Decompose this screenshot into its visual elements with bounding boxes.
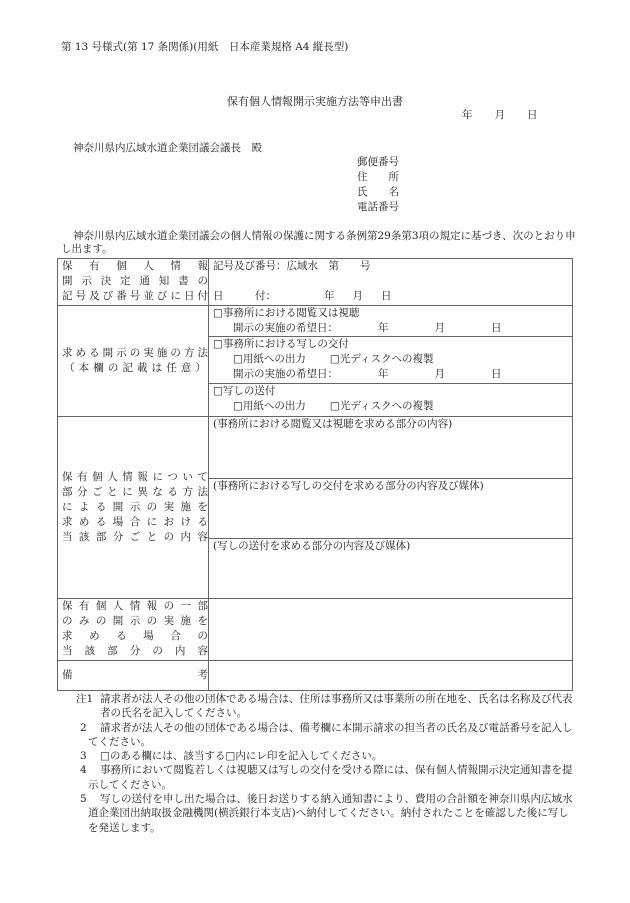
checkbox-send-paper-output[interactable]: □用紙への出力	[233, 400, 306, 412]
name-label: 氏 名	[357, 185, 399, 199]
row-remarks: 備考	[58, 661, 573, 691]
field-inspection-part[interactable]: (事務所における閲覧又は視聴を求める部分の内容)	[209, 417, 573, 479]
field-copy-part[interactable]: (事務所における写しの交付を求める部分の内容及び媒体)	[209, 479, 573, 539]
date-year: 年	[462, 108, 473, 122]
label-remarks: 備考	[58, 661, 209, 691]
field-send-part[interactable]: (写しの送付を求める部分の内容及び媒体)	[209, 539, 573, 599]
row-partial-method-1: 保有個人情報について 部分ごとに異なる方法 による開示の実施を 求める場合におけ…	[58, 417, 573, 479]
document-title: 保有個人情報開示実施方法等申出書	[0, 95, 630, 109]
hint-send-part: (写しの送付を求める部分の内容及び媒体)	[213, 539, 572, 554]
notice-number-line: 記号及び番号：広域水 第 号	[213, 259, 572, 274]
phone-label: 電話番号	[357, 200, 399, 214]
checkbox-inspection-at-office[interactable]: □事務所における閲覧又は視聴	[213, 306, 572, 321]
checkbox-send-copy[interactable]: □写しの送付	[213, 384, 572, 399]
checkbox-optical-disc[interactable]: □光ディスクへの複製	[330, 353, 434, 365]
field-remarks[interactable]	[209, 661, 573, 691]
option-copy-at-office[interactable]: □事務所における写しの交付 □用紙への出力□光ディスクへの複製 開示の実施の希望…	[209, 337, 573, 384]
postal-code-label: 郵便番号	[357, 155, 399, 169]
note-3: 3□のある欄には、該当する□内にレ印を記入してください。	[68, 749, 578, 763]
label-partial-disclosure: 保有個人情報の一部 のみの開示の実施を 求める場合の 当該部分の内容	[58, 599, 209, 661]
date-month: 月	[495, 108, 506, 122]
submission-date: 年月日	[462, 108, 538, 122]
date-day: 日	[527, 108, 538, 122]
field-partial-disclosure[interactable]	[209, 599, 573, 661]
recipient: 神奈川県内広域水道企業団議会議長 殿	[73, 141, 262, 155]
checkbox-paper-output[interactable]: □用紙への出力	[233, 353, 306, 365]
notes-section: 注1請求者が法人その他の団体である場合は、住所は事務所又は事業所の所在地を、氏名…	[68, 692, 578, 835]
option-inspection-at-office[interactable]: □事務所における閲覧又は視聴 開示の実施の希望日：年月日	[209, 306, 573, 337]
row-notice-number: 保有個人情報 開示決定通知書の 記号及び番号並びに日付 記号及び番号：広域水 第…	[58, 259, 573, 306]
address-label: 住 所	[357, 170, 399, 184]
row-method-option1: 求める開示の実施の方法 （本欄の記載は任意） □事務所における閲覧又は視聴 開示…	[58, 306, 573, 337]
note-5: 5写しの送付を申し出た場合は、後日お送りする納入通知書により、費用の合計額を神奈…	[68, 792, 578, 835]
label-disclosure-method: 求める開示の実施の方法 （本欄の記載は任意）	[58, 306, 209, 417]
checkbox-send-optical-disc[interactable]: □光ディスクへの複製	[330, 400, 434, 412]
note-2: 2請求者が法人その他の団体である場合は、備考欄に本開示請求の担当者の氏名及び電話…	[68, 721, 578, 750]
request-form-table: 保有個人情報 開示決定通知書の 記号及び番号並びに日付 記号及び番号：広域水 第…	[57, 258, 573, 691]
hint-inspection-part: (事務所における閲覧又は視聴を求める部分の内容)	[213, 417, 572, 432]
note-4: 4事務所において閲覧若しくは視聴又は写しの交付を受ける際には、保有個人情報開示決…	[68, 763, 578, 792]
label-per-part-method: 保有個人情報について 部分ごとに異なる方法 による開示の実施を 求める場合におけ…	[58, 417, 209, 599]
checkbox-copy-at-office[interactable]: □事務所における写しの交付	[213, 337, 572, 352]
row-partial-disclosure: 保有個人情報の一部 のみの開示の実施を 求める場合の 当該部分の内容	[58, 599, 573, 661]
option-send-copy[interactable]: □写しの送付 □用紙への出力□光ディスクへの複製	[209, 384, 573, 417]
field-notice-number[interactable]: 記号及び番号：広域水 第 号 日 付：年月日	[209, 259, 573, 306]
form-number: 第 13 号様式(第 17 条関係)(用紙 日本産業規格 A4 縦長型)	[61, 40, 348, 54]
label-notice-number: 保有個人情報 開示決定通知書の 記号及び番号並びに日付	[58, 259, 209, 306]
notice-date-line: 日 付：年月日	[213, 289, 572, 304]
note-1: 注1請求者が法人その他の団体である場合は、住所は事務所又は事業所の所在地を、氏名…	[68, 692, 578, 721]
intro-text: 神奈川県内広域水道企業団議会の個人情報の保護に関する条例第29条第3項の規定に基…	[61, 230, 581, 256]
hint-copy-part: (事務所における写しの交付を求める部分の内容及び媒体)	[213, 479, 572, 494]
